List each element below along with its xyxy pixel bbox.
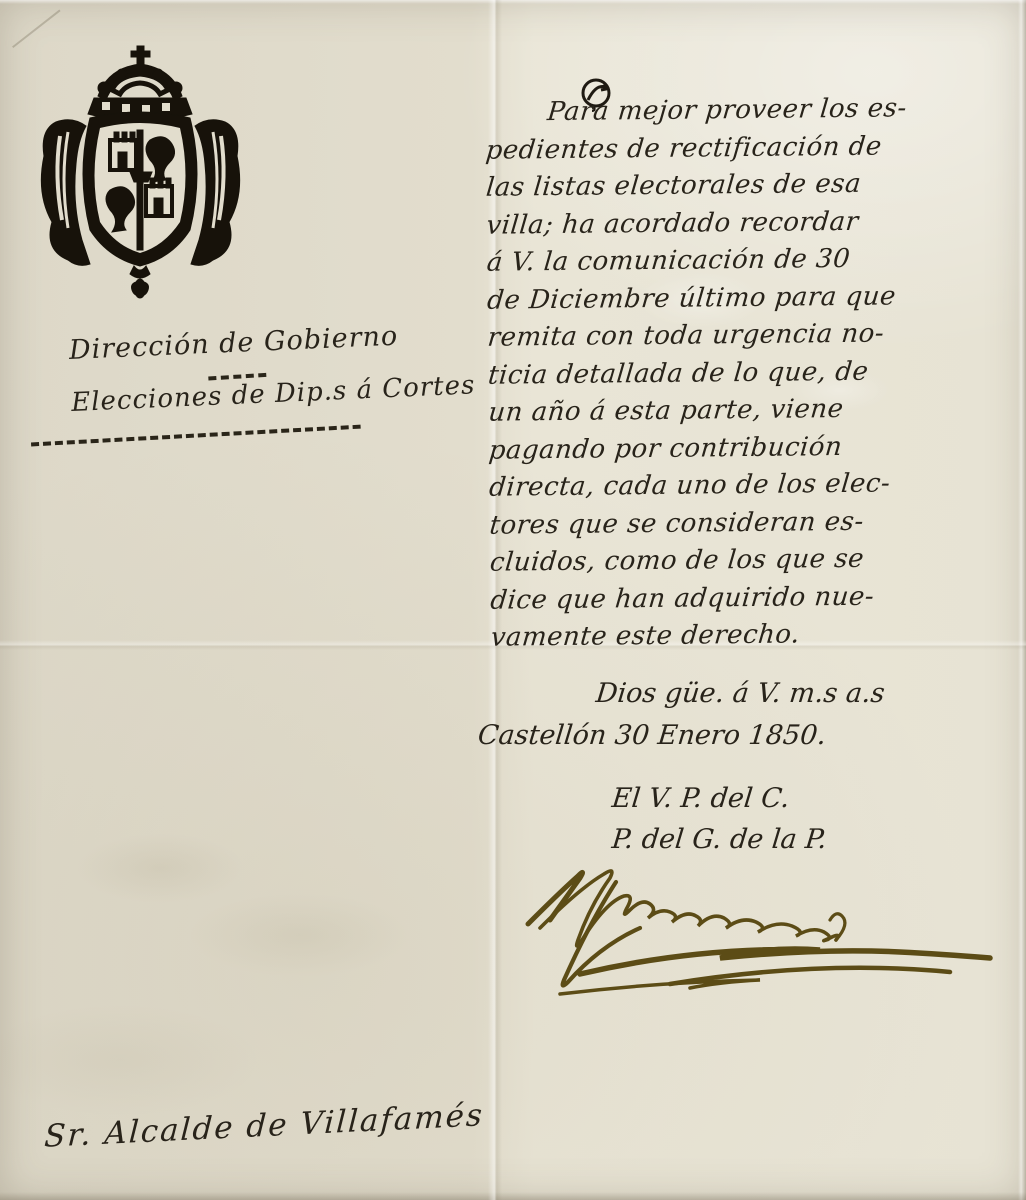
paper-bottom-edge [0,1192,1026,1200]
body-line: tores que se consideran es- [488,502,1008,545]
body-line: pedientes de rectificación de [484,127,1004,170]
signer-title-line1: El V. P. del C. [610,778,829,819]
body-line: remita con toda urgencia no- [486,314,1006,357]
letterhead-line1: Dirección de Gobierno [68,321,389,366]
corner-fold-line [0,0,61,48]
closing-place-date: Castellón 30 Enero 1850. [476,720,999,751]
closing-salutation: Dios güe. á V. m.s a.s [476,678,999,709]
paper-right-edge [1018,0,1026,1200]
body-line: dice que han adquirido nue- [489,577,1009,620]
signature-flourish [520,862,1010,1016]
body-line: un año á esta parte, viene [487,389,1007,432]
body-line: á V. la comunicación de 30 [485,239,1005,282]
letter-page: Dirección de Gobierno Elecciones de Dip.… [0,0,1026,1200]
letter-body: Para mejor proveer los es- pedientes de … [485,89,1007,657]
signer-title-line2: P. del G. de la P. [610,819,829,860]
signer-titles: El V. P. del C. P. del G. de la P. [612,778,827,860]
body-line: villa; ha acordado recordar [485,202,1005,245]
body-line: vamente este derecho. [489,614,1009,657]
body-line: ticia detallada de lo que, de [486,352,1006,395]
royal-coat-of-arms-stamp [38,44,243,306]
letterhead: Dirección de Gobierno Elecciones de Dip.… [68,321,391,418]
addressee-line: Sr. Alcalde de Villafamés [43,1097,485,1155]
letterhead-line2: Elecciones de Dip.s á Cortes [71,374,392,418]
paper-top-edge [0,0,1026,4]
body-line: las listas electorales de esa [484,164,1004,207]
letter-closing: Dios güe. á V. m.s a.s Castellón 30 Ener… [478,678,998,751]
body-line: directa, cada uno de los elec- [487,464,1007,507]
body-line: cluidos, como de los que se [488,539,1008,582]
body-line: de Diciembre último para que [485,277,1005,320]
body-line: pagando por contribución [487,427,1007,470]
body-line: Para mejor proveer los es- [483,89,1003,132]
letterhead-divider-long [31,425,361,447]
